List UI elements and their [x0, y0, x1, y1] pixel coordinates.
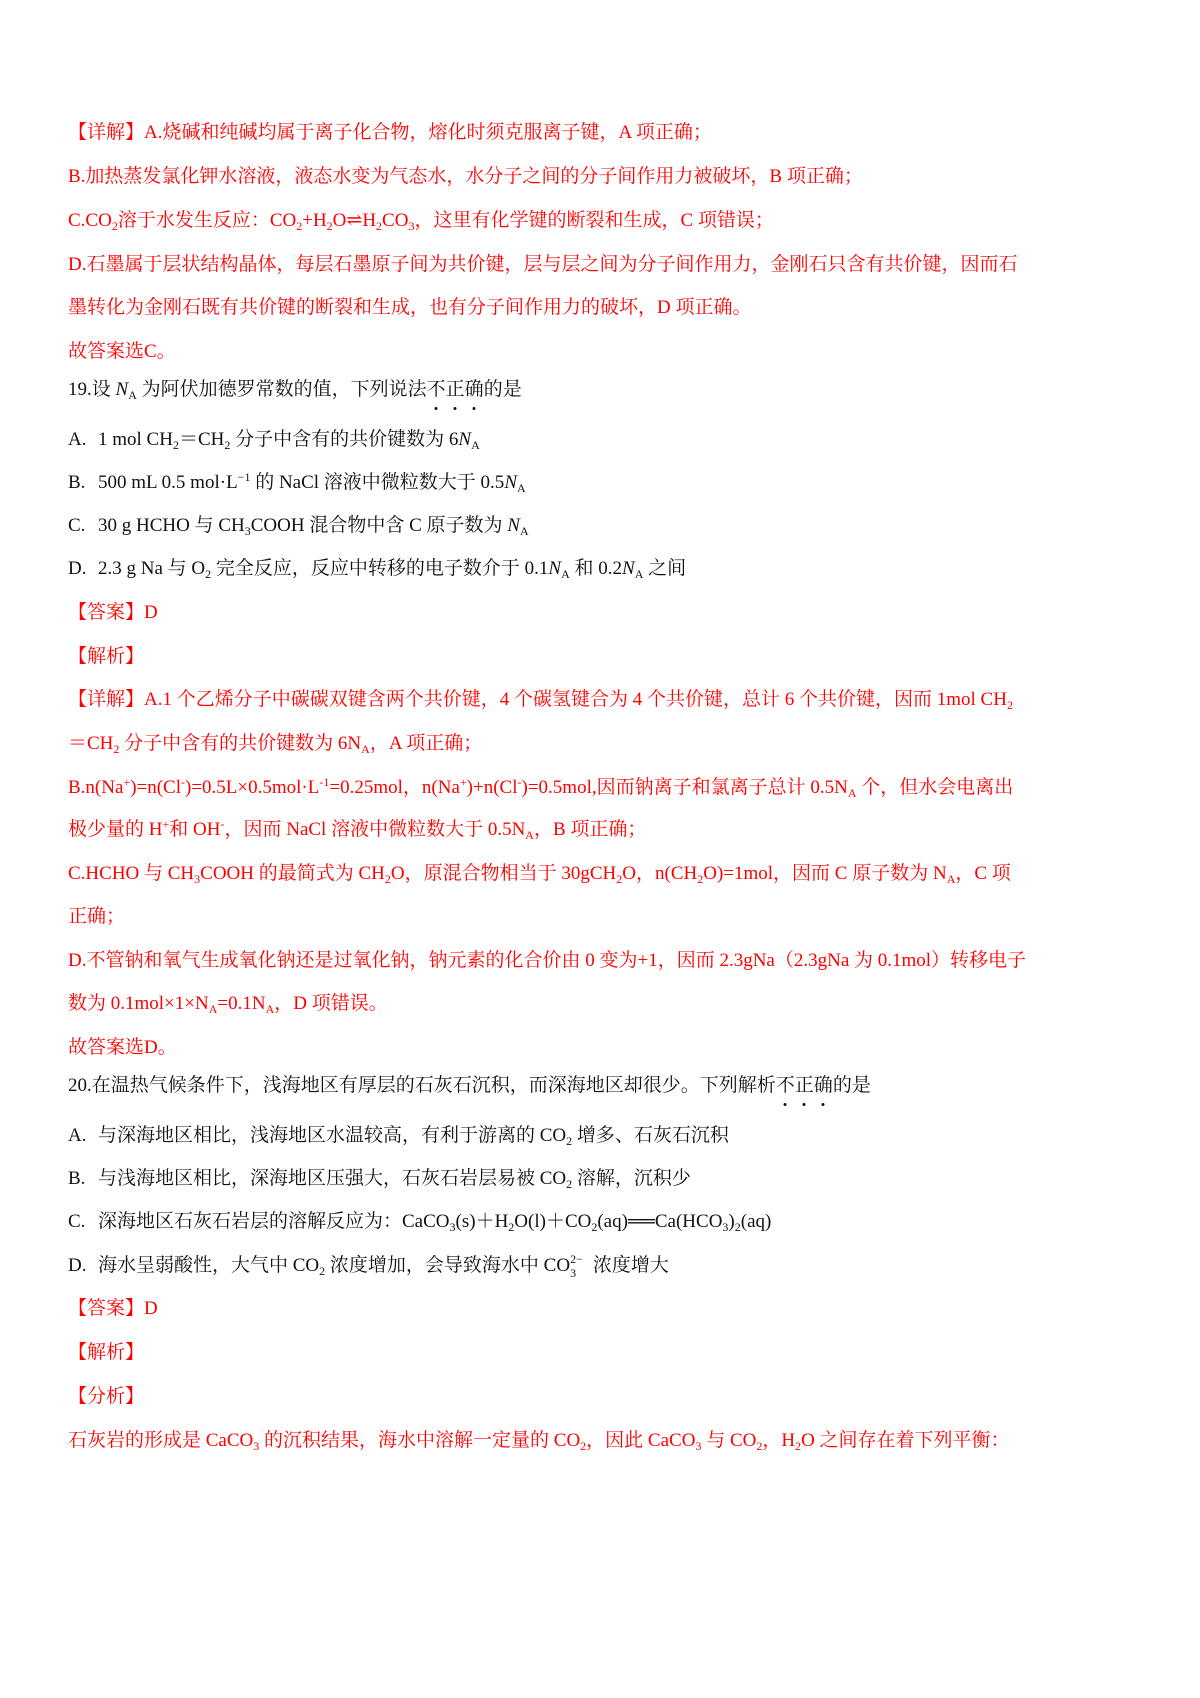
q20-stem: 20.在温热气候条件下，浅海地区有厚层的石灰石沉积，而深海地区却很少。下列解析不…: [68, 1074, 871, 1098]
q19-option-c: C.30 g HCHO 与 CH3COOH 混合物中含 C 原子数为 NA: [68, 514, 529, 538]
emphasis-char: 正: [446, 378, 465, 402]
q20-option-c: C.深海地区石灰石岩层的溶解反应为：CaCO3(s)＋H2O(l)＋CO2(aq…: [68, 1210, 771, 1234]
t: )=0.5mol,因而钠离子和氯离子总计 0.5N: [522, 777, 848, 798]
q19-stem: 19.设 NA 为阿伏加德罗常数的值，下列说法不正确的是: [68, 378, 522, 402]
t: 30 g HCHO 与 CH: [98, 515, 245, 536]
t: 分子中含有的共价键数为 6: [230, 429, 458, 450]
t: 溶解，沉积少: [572, 1168, 691, 1189]
t: CO: [382, 210, 408, 231]
charge-script: 2−3: [570, 1261, 580, 1271]
t: C.CO: [68, 210, 112, 231]
t: 2.3 g Na 与 O: [98, 558, 205, 579]
q19-detail-d1: D.不管钠和氧气生成氧化钠还是过氧化钠，钠元素的化合价由 0 变为+1，因而 2…: [68, 949, 1026, 973]
t: 为阿伏加德罗常数的值，下列说法: [137, 379, 427, 400]
answer-label: 【答案】: [68, 1298, 144, 1319]
t: =0.1N: [217, 993, 265, 1014]
option-letter: D.: [68, 557, 98, 581]
option-letter: C.: [68, 1210, 98, 1234]
t: COOH 混合物中含 C 原子数为: [251, 515, 508, 536]
sup: −1: [238, 470, 251, 484]
t: COOH 的最简式为 CH: [200, 863, 385, 884]
sup: -1: [319, 775, 329, 789]
t: ，A 项正确；: [370, 733, 482, 754]
question-number: 19.: [68, 379, 92, 400]
answer-value: D: [144, 1298, 158, 1319]
t: 正确；: [68, 906, 125, 927]
t: 海水呈弱酸性，大气中 CO: [98, 1255, 319, 1276]
answer-label: 【答案】: [68, 602, 144, 623]
prev-conclusion: 故答案选C。: [68, 340, 176, 364]
emphasis-char: 确: [814, 1074, 833, 1098]
q19-detail-c2: 正确；: [68, 905, 125, 929]
detail-text: 墨转化为金刚石既有共价键的断裂和生成，也有分子间作用力的破坏，D 项正确。: [68, 297, 751, 318]
t: N: [458, 429, 471, 450]
q19-answer: 【答案】D: [68, 601, 158, 625]
detail-label: 【详解】: [68, 122, 144, 143]
t: 浓度增加，会导致海水中 CO: [325, 1255, 570, 1276]
t: N: [548, 558, 561, 579]
t: (aq)══Ca(HCO: [597, 1211, 722, 1232]
t: 与深海地区相比，浅海地区水温较高，有利于游离的 CO: [98, 1125, 566, 1146]
analysis-label: 【解析】: [68, 646, 144, 667]
detail-text: D.石墨属于层状结构晶体，每层石墨原子间为共价键，层与层之间为分子间作用力，金刚…: [68, 254, 1017, 275]
t: 500 mL 0.5 mol·L: [98, 472, 238, 493]
sub: 2: [1007, 698, 1013, 712]
t: ，H: [762, 1430, 795, 1451]
sub: A: [517, 481, 526, 495]
t: 和 OH: [169, 819, 220, 840]
sub: A: [561, 567, 570, 581]
analysis-label: 【解析】: [68, 1342, 144, 1363]
t: 的沉积结果，海水中溶解一定量的 CO: [259, 1430, 580, 1451]
q19-option-d: D.2.3 g Na 与 O2 完全反应，反应中转移的电子数介于 0.1NA 和…: [68, 557, 686, 581]
t: 之间: [643, 558, 686, 579]
q19-option-b: B.500 mL 0.5 mol·L−1 的 NaCl 溶液中微粒数大于 0.5…: [68, 471, 526, 495]
sub: A: [266, 1002, 275, 1016]
q19-detail-b1: B.n(Na+)=n(Cl-)=0.5L×0.5mol·L-1=0.25mol，…: [68, 776, 1013, 800]
t: B.n(Na: [68, 777, 123, 798]
t: )+n(Cl: [467, 777, 518, 798]
q19-detail-a1: 【详解】A.1 个乙烯分子中碳碳双键含两个共价键，4 个碳氢键合为 4 个共价键…: [68, 688, 1013, 712]
option-letter: B.: [68, 1167, 98, 1191]
t: 与 CO: [701, 1430, 756, 1451]
prev-detail-a: 【详解】A.烧碱和纯碱均属于离子化合物，熔化时须克服离子键，A 项正确；: [68, 121, 712, 145]
question-number: 20.: [68, 1075, 92, 1096]
t: ，D 项错误。: [274, 993, 387, 1014]
t: (s)＋H: [456, 1211, 509, 1232]
t: 的 NaCl 溶液中微粒数大于 0.5: [250, 472, 504, 493]
q20-option-a: A.与深海地区相比，浅海地区水温较高，有利于游离的 CO2 增多、石灰石沉积: [68, 1124, 729, 1148]
q19-detail-d2: 数为 0.1mol×1×NA=0.1NA，D 项错误。: [68, 992, 388, 1016]
conclusion-text: 故答案选D。: [68, 1037, 177, 1058]
option-letter: D.: [68, 1254, 98, 1278]
fenxi-label: 【分析】: [68, 1386, 144, 1407]
t: 浓度增大: [588, 1255, 669, 1276]
conclusion-text: 故答案选C。: [68, 341, 176, 362]
t: 极少量的 H: [68, 819, 162, 840]
t: =0.25mol，n(Na: [329, 777, 460, 798]
sub: A: [471, 438, 480, 452]
t: A.1 个乙烯分子中碳碳双键含两个共价键，4 个碳氢键合为 4 个共价键，总计 …: [144, 689, 1007, 710]
t: 分子中含有的共价键数为 6N: [119, 733, 361, 754]
t: 和 0.2: [570, 558, 622, 579]
option-letter: A.: [68, 428, 98, 452]
option-letter: B.: [68, 471, 98, 495]
q19-detail-c1: C.HCHO 与 CH3COOH 的最简式为 CH2O，原混合物相当于 30gC…: [68, 862, 1011, 886]
t: N: [507, 515, 520, 536]
sub: A: [525, 828, 534, 842]
t: 石灰岩的形成是 CaCO: [68, 1430, 253, 1451]
emphasis-char: 不: [427, 378, 446, 402]
t: ，这里有化学键的断裂和生成，C 项错误；: [414, 210, 773, 231]
detail-label: 【详解】: [68, 689, 144, 710]
t: ，C 项: [955, 863, 1010, 884]
prev-detail-d2: 墨转化为金刚石既有共价键的断裂和生成，也有分子间作用力的破坏，D 项正确。: [68, 296, 751, 320]
q19-option-a: A.1 mol CH2＝CH2 分子中含有的共价键数为 6NA: [68, 428, 480, 452]
t: O，n(CH: [622, 863, 697, 884]
t: 增多、石灰石沉积: [572, 1125, 729, 1146]
emphasis-char: 正: [795, 1074, 814, 1098]
t: 1 mol CH: [98, 429, 173, 450]
sub: A: [520, 524, 529, 538]
t: ，因此 CaCO: [586, 1430, 695, 1451]
q20-option-b: B.与浅海地区相比，深海地区压强大，石灰石岩层易被 CO2 溶解，沉积少: [68, 1167, 691, 1191]
t: N: [116, 379, 129, 400]
q19-analysis-label: 【解析】: [68, 645, 144, 669]
t: 个，但水会电离出: [857, 777, 1014, 798]
q19-detail-a2: ＝CH2 分子中含有的共价键数为 6NA，A 项正确；: [68, 732, 482, 756]
answer-value: D: [144, 602, 158, 623]
t: C.HCHO 与 CH: [68, 863, 194, 884]
t: O(l)＋CO: [514, 1211, 591, 1232]
t: 的是: [484, 379, 522, 400]
prev-detail-d1: D.石墨属于层状结构晶体，每层石墨原子间为共价键，层与层之间为分子间作用力，金刚…: [68, 253, 1017, 277]
t: N: [504, 472, 517, 493]
t: 深海地区石灰石岩层的溶解反应为：CaCO: [98, 1211, 450, 1232]
t: ＝CH: [68, 733, 113, 754]
prev-detail-c: C.CO2溶于水发生反应：CO2+H2O⇌H2CO3，这里有化学键的断裂和生成，…: [68, 209, 774, 233]
option-letter: A.: [68, 1124, 98, 1148]
detail-text: A.烧碱和纯碱均属于离子化合物，熔化时须克服离子键，A 项正确；: [144, 122, 712, 143]
prev-detail-b: B.加热蒸发氯化钾水溶液，液态水变为气态水，水分子之间的分子间作用力被破坏，B …: [68, 165, 863, 189]
sup: +: [460, 775, 467, 789]
t: 完全反应，反应中转移的电子数介于 0.1: [211, 558, 548, 579]
q20-answer: 【答案】D: [68, 1297, 158, 1321]
t: ，B 项正确；: [534, 819, 646, 840]
q20-option-d: D.海水呈弱酸性，大气中 CO2 浓度增加，会导致海水中 CO2−3 浓度增大: [68, 1254, 669, 1278]
t: D.不管钠和氧气生成氧化钠还是过氧化钠，钠元素的化合价由 0 变为+1，因而 2…: [68, 950, 1026, 971]
q19-detail-b2: 极少量的 H+和 OH-，因而 NaCl 溶液中微粒数大于 0.5NA，B 项正…: [68, 818, 646, 842]
t: +H: [302, 210, 326, 231]
t: O)=1mol，因而 C 原子数为 N: [703, 863, 946, 884]
t: ，因而 NaCl 溶液中微粒数大于 0.5N: [224, 819, 525, 840]
t: O，原混合物相当于 30gCH: [391, 863, 616, 884]
t: N: [622, 558, 635, 579]
sub: A: [361, 742, 370, 756]
t: (aq): [741, 1211, 772, 1232]
t: O 之间存在着下列平衡：: [801, 1430, 1009, 1451]
t: 的是: [833, 1075, 871, 1096]
option-letter: C.: [68, 514, 98, 538]
t: 数为 0.1mol×1×N: [68, 993, 209, 1014]
q20-fenxi-label: 【分析】: [68, 1385, 144, 1409]
t: 设: [92, 379, 116, 400]
emphasis-char: 不: [776, 1074, 795, 1098]
q20-analysis-label: 【解析】: [68, 1341, 144, 1365]
t: 溶于水发生反应：CO: [118, 210, 296, 231]
sub: A: [848, 786, 857, 800]
t: 在温热气候条件下，浅海地区有厚层的石灰石沉积，而深海地区却很少。下列解析: [92, 1075, 776, 1096]
sub: A: [128, 388, 137, 402]
emphasis-char: 确: [465, 378, 484, 402]
t: O⇌H: [333, 210, 376, 231]
t: 与浅海地区相比，深海地区压强大，石灰石岩层易被 CO: [98, 1168, 566, 1189]
detail-text: B.加热蒸发氯化钾水溶液，液态水变为气态水，水分子之间的分子间作用力被破坏，B …: [68, 166, 863, 187]
t: )=0.5L×0.5mol·L: [185, 777, 319, 798]
q20-fenxi-text: 石灰岩的形成是 CaCO3 的沉积结果，海水中溶解一定量的 CO2，因此 CaC…: [68, 1429, 1010, 1453]
t: )=n(Cl: [130, 777, 181, 798]
t: ＝CH: [179, 429, 224, 450]
q19-conclusion: 故答案选D。: [68, 1036, 177, 1060]
